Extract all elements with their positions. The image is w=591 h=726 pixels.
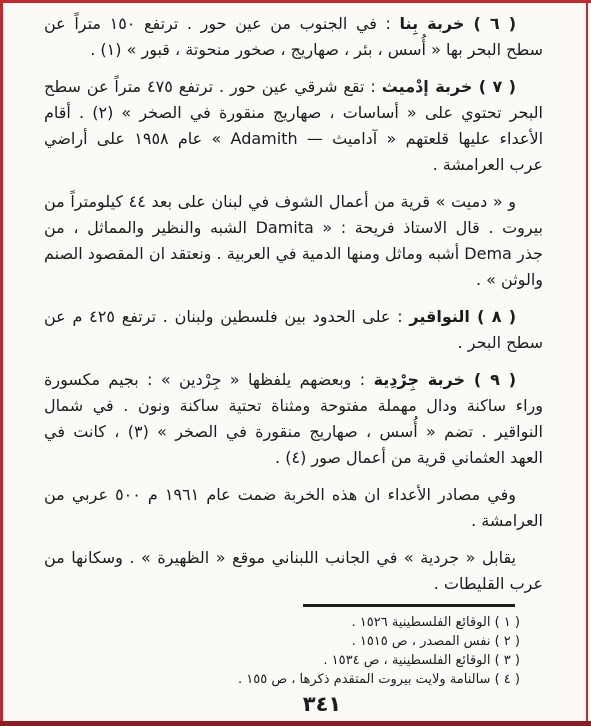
footnote-3: ( ٣ ) الوقائع الفلسطينية ، ص ١٥٣٤ . <box>100 651 520 670</box>
scan-border-top <box>0 0 591 3</box>
lebanese-side-paragraph: يقابل « جردية » في الجانب اللبناني موقع … <box>44 545 543 597</box>
enemy-sources-line-1: وفي مصادر الأعداء ان هذه الخربة ضمت عام … <box>44 482 543 508</box>
scan-border-left <box>0 0 3 726</box>
damita-paragraph: و « دميت » قرية من أعمال الشوف في لبنان … <box>44 189 543 293</box>
entry-7-line-1: ( ٧ ) خربة إدْميث : تقع شرقي عين حور . ت… <box>44 74 543 100</box>
footnote-2: ( ٢ ) نفس المصدر ، ص ١٥١٥ . <box>100 632 520 651</box>
footnote-1: ( ١ ) الوقائع الفلسطينية ١٥٢٦ . <box>100 613 520 632</box>
entry-6-number: ( ٦ ) <box>464 14 516 33</box>
entry-9: ( ٩ ) خربة جِرْدِية : وبعضهم يلفظها « جِ… <box>44 367 543 471</box>
footnote-4: ( ٤ ) سالنامة ولايت بيروت المتقدم ذكرها … <box>100 670 520 689</box>
entry-6-line-2: سطح البحر بها « أُسس ، بئر ، صهاريج ، صخ… <box>44 37 543 63</box>
entry-7-separator: : <box>364 77 381 96</box>
main-text-block: ( ٦ ) خربة بِنا : في الجنوب من عين حور .… <box>44 11 543 608</box>
scan-border-bottom <box>0 721 591 726</box>
damita-line-1: و « دميت » قرية من أعمال الشوف في لبنان … <box>44 189 543 215</box>
entry-8-line-1: ( ٨ ) النواقير : على الحدود بين فلسطين و… <box>44 304 543 330</box>
entry-8-line-2: سطح البحر . <box>44 330 543 356</box>
entry-7-line-2: البحر تحتوي على « أساسات ، صهاريج منقورة… <box>44 100 543 126</box>
damita-line-2: بيروت . قال الاستاذ فريحة : « Damita الش… <box>44 215 543 241</box>
entry-9-number: ( ٩ ) <box>465 370 516 389</box>
entry-6: ( ٦ ) خربة بِنا : في الجنوب من عين حور .… <box>44 11 543 63</box>
entry-6-text: في الجنوب من عين حور . ترتفع ١٥٠ متراً ع… <box>44 14 377 33</box>
entry-9-line-1: ( ٩ ) خربة جِرْدِية : وبعضهم يلفظها « جِ… <box>44 367 543 393</box>
entry-7-line-3: الأعداء عليها قلعتهم « آداميث — Adamith … <box>44 126 543 152</box>
entry-9-line-2: وراء ساكنة ودال مهملة مفتوحة ومثناة تحتي… <box>44 393 543 419</box>
entry-7: ( ٧ ) خربة إدْميث : تقع شرقي عين حور . ت… <box>44 74 543 178</box>
entry-8-number: ( ٨ ) <box>470 307 516 326</box>
scanned-book-page: ( ٦ ) خربة بِنا : في الجنوب من عين حور .… <box>0 0 591 726</box>
damita-line-4: والوثن » . <box>44 267 543 293</box>
entry-8-separator: : <box>390 307 409 326</box>
footnote-separator <box>303 604 515 607</box>
entry-9-separator: : <box>351 370 373 389</box>
damita-line-3: جذر Dema أشبه وماثل ومنها الدمية في العر… <box>44 241 543 267</box>
entry-8-text: على الحدود بين فلسطين ولبنان . ترتفع ٤٢٥… <box>44 307 390 326</box>
lebanese-side-line-2: عرب القليطات . <box>44 571 543 597</box>
entry-6-title: خربة بِنا <box>400 14 465 33</box>
entry-6-line-1: ( ٦ ) خربة بِنا : في الجنوب من عين حور .… <box>44 11 543 37</box>
enemy-sources-line-2: العرامشة . <box>44 508 543 534</box>
entry-7-number: ( ٧ ) <box>472 77 516 96</box>
entry-8: ( ٨ ) النواقير : على الحدود بين فلسطين و… <box>44 304 543 356</box>
enemy-sources-paragraph: وفي مصادر الأعداء ان هذه الخربة ضمت عام … <box>44 482 543 534</box>
footnotes: ( ١ ) الوقائع الفلسطينية ١٥٢٦ . ( ٢ ) نف… <box>100 604 520 689</box>
entry-7-line-4: عرب العرامشة . <box>44 152 543 178</box>
entry-8-title: النواقير <box>409 307 470 326</box>
lebanese-side-line-1: يقابل « جردية » في الجانب اللبناني موقع … <box>44 545 543 571</box>
entry-9-title: خربة جِرْدِية <box>374 370 465 389</box>
entry-7-title: خربة إدْميث <box>382 77 473 96</box>
scan-border-right <box>586 0 588 726</box>
entry-7-text: تقع شرقي عين حور . ترتفع ٤٧٥ متراً عن سط… <box>44 77 364 96</box>
entry-6-separator: : <box>377 14 400 33</box>
entry-9-line-3: النواقير . تضم « أُسس ، صهاريج منقورة في… <box>44 419 543 445</box>
entry-9-line-4: العهد العثماني قرية من أعمال صور (٤) . <box>44 445 543 471</box>
page-number: ٣٤١ <box>297 692 347 716</box>
entry-9-text: وبعضهم يلفظها « جِرْدين » : بجيم مكسورة <box>44 370 351 389</box>
